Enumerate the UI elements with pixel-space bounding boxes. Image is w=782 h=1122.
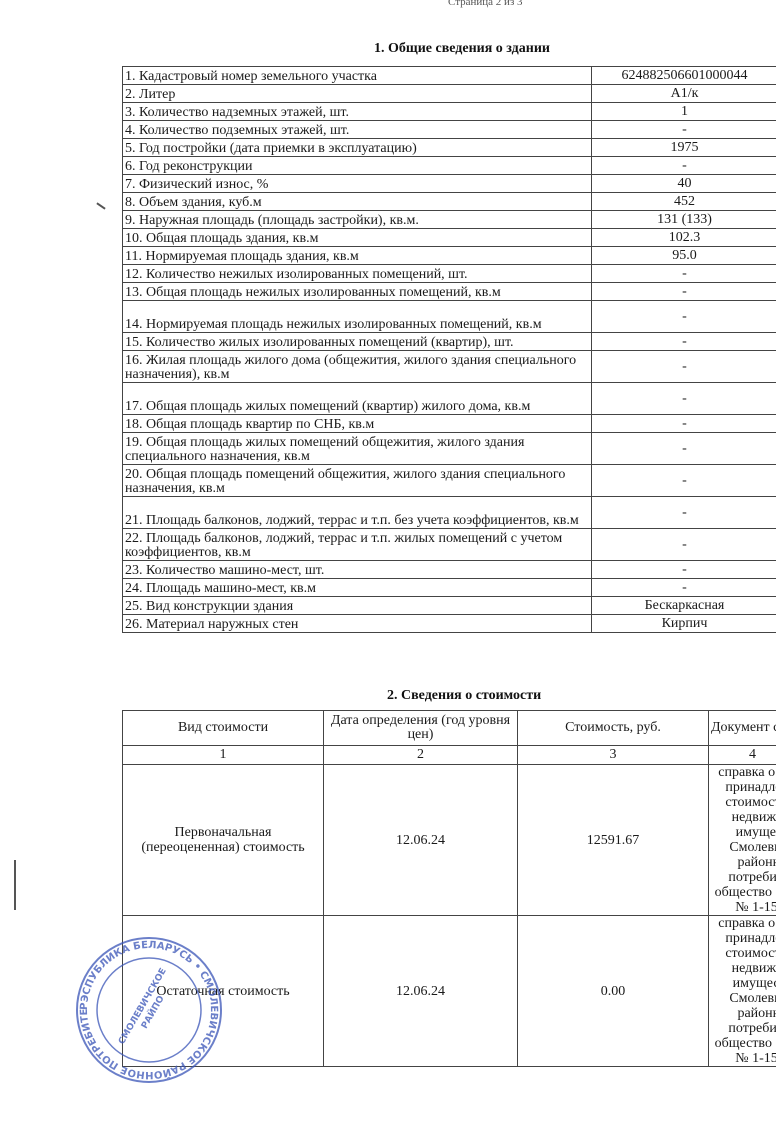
- row-label: 2. Литер: [123, 85, 592, 103]
- document-line: имуществ: [711, 825, 782, 840]
- table-row: 12. Количество нежилых изолированных пом…: [123, 265, 778, 283]
- cost-date: 12.06.24: [324, 916, 518, 1067]
- row-label: 13. Общая площадь нежилых изолированных …: [123, 283, 592, 301]
- cost-row: Первоначальная (переоцененная) стоимость…: [123, 765, 782, 916]
- table-row: 4. Количество подземных этажей, шт.-: [123, 121, 778, 139]
- header-cost: Стоимость, руб.: [518, 711, 709, 746]
- document-line: районное: [711, 855, 782, 870]
- document-line: стоимости об: [711, 795, 782, 810]
- row-value: -: [592, 301, 778, 333]
- row-value: 1975: [592, 139, 778, 157]
- row-value: 40: [592, 175, 778, 193]
- row-label: 1. Кадастровый номер земельного участка: [123, 67, 592, 85]
- column-number: 4: [709, 746, 782, 765]
- table-row: 23. Количество машино-мест, шт.-: [123, 561, 778, 579]
- table-row: 6. Год реконструкции-: [123, 157, 778, 175]
- building-info-table: 1. Кадастровый номер земельного участка6…: [122, 66, 778, 633]
- row-label: 5. Год постройки (дата приемки в эксплуа…: [123, 139, 592, 157]
- row-label: 18. Общая площадь квартир по СНБ, кв.м: [123, 415, 592, 433]
- row-value: 131 (133): [592, 211, 778, 229]
- table-row: 7. Физический износ, %40: [123, 175, 778, 193]
- row-value: -: [592, 433, 778, 465]
- document-line: № 1-15/39: [711, 900, 782, 915]
- page-edge: [776, 0, 782, 1122]
- scan-artifact: [14, 860, 16, 910]
- cost-date: 12.06.24: [324, 765, 518, 916]
- row-label: 16. Жилая площадь жилого дома (общежития…: [123, 351, 592, 383]
- row-value: -: [592, 465, 778, 497]
- row-label: 24. Площадь машино-мест, кв.м: [123, 579, 592, 597]
- row-value: -: [592, 529, 778, 561]
- document-line: потребитель: [711, 870, 782, 885]
- row-value: 452: [592, 193, 778, 211]
- table-row: 13. Общая площадь нежилых изолированных …: [123, 283, 778, 301]
- row-label: 11. Нормируемая площадь здания, кв.м: [123, 247, 592, 265]
- table-row: 19. Общая площадь жилых помещений общежи…: [123, 433, 778, 465]
- row-label: 26. Материал наружных стен: [123, 615, 592, 633]
- table-row: 20. Общая площадь помещений общежития, ж…: [123, 465, 778, 497]
- row-value: 102.3: [592, 229, 778, 247]
- document-line: справка о балан: [711, 916, 782, 931]
- row-label: 12. Количество нежилых изолированных пом…: [123, 265, 592, 283]
- cost-document: справка о баланпринадлежностоимости обне…: [709, 916, 782, 1067]
- document-line: № 1-15/39: [711, 1051, 782, 1066]
- document-line: потребитель: [711, 1021, 782, 1036]
- row-value: -: [592, 561, 778, 579]
- table-row: 1. Кадастровый номер земельного участка6…: [123, 67, 778, 85]
- header-cost-type: Вид стоимости: [123, 711, 324, 746]
- row-value: -: [592, 157, 778, 175]
- row-label: 22. Площадь балконов, лоджий, террас и т…: [123, 529, 592, 561]
- table-row: 14. Нормируемая площадь нежилых изолиров…: [123, 301, 778, 333]
- document-line: общество от 12.0: [711, 885, 782, 900]
- row-label: 17. Общая площадь жилых помещений (кварт…: [123, 383, 592, 415]
- column-number: 3: [518, 746, 709, 765]
- header-document: Документ стоимост: [709, 711, 782, 746]
- cost-info-table: Вид стоимости Дата определения (год уров…: [122, 710, 782, 1067]
- table-row: 22. Площадь балконов, лоджий, террас и т…: [123, 529, 778, 561]
- row-label: 3. Количество надземных этажей, шт.: [123, 103, 592, 121]
- section-1-title: 1. Общие сведения о здании: [374, 41, 550, 57]
- document-line: принадлежно: [711, 931, 782, 946]
- row-value: -: [592, 497, 778, 529]
- row-label: 10. Общая площадь здания, кв.м: [123, 229, 592, 247]
- document-line: принадлежно: [711, 780, 782, 795]
- cost-type: Первоначальная (переоцененная) стоимость: [123, 765, 324, 916]
- table-row: 15. Количество жилых изолированных помещ…: [123, 333, 778, 351]
- row-label: 7. Физический износ, %: [123, 175, 592, 193]
- row-label: 21. Площадь балконов, лоджий, террас и т…: [123, 497, 592, 529]
- table-row: 21. Площадь балконов, лоджий, террас и т…: [123, 497, 778, 529]
- table-row: 2. ЛитерA1/к: [123, 85, 778, 103]
- table-row: 17. Общая площадь жилых помещений (кварт…: [123, 383, 778, 415]
- cost-document: справка о баланпринадлежностоимости обне…: [709, 765, 782, 916]
- cost-value: 0.00: [518, 916, 709, 1067]
- row-value: 1: [592, 103, 778, 121]
- row-label: 4. Количество подземных этажей, шт.: [123, 121, 592, 139]
- row-label: 8. Объем здания, куб.м: [123, 193, 592, 211]
- row-value: -: [592, 333, 778, 351]
- page-number-header: Страница 2 из 3: [448, 0, 523, 8]
- column-number: 2: [324, 746, 518, 765]
- document-line: недвижимо: [711, 810, 782, 825]
- row-value: A1/к: [592, 85, 778, 103]
- scan-artifact: [96, 202, 105, 209]
- row-label: 25. Вид конструкции здания: [123, 597, 592, 615]
- table-row: 26. Материал наружных стенКирпич: [123, 615, 778, 633]
- row-value: Бескаркасная: [592, 597, 778, 615]
- table-row: 3. Количество надземных этажей, шт.1: [123, 103, 778, 121]
- row-label: 6. Год реконструкции: [123, 157, 592, 175]
- table-row: 16. Жилая площадь жилого дома (общежития…: [123, 351, 778, 383]
- document-line: Смолевичск: [711, 991, 782, 1006]
- table-row: 25. Вид конструкции зданияБескаркасная: [123, 597, 778, 615]
- row-value: Кирпич: [592, 615, 778, 633]
- row-label: 23. Количество машино-мест, шт.: [123, 561, 592, 579]
- document-line: районное: [711, 1006, 782, 1021]
- table-row: 18. Общая площадь квартир по СНБ, кв.м-: [123, 415, 778, 433]
- table-row: 10. Общая площадь здания, кв.м102.3: [123, 229, 778, 247]
- table-row: 11. Нормируемая площадь здания, кв.м95.0: [123, 247, 778, 265]
- document-line: стоимости об: [711, 946, 782, 961]
- table-row: 9. Наружная площадь (площадь застройки),…: [123, 211, 778, 229]
- document-line: имущества: [711, 976, 782, 991]
- cost-table-header-row: Вид стоимости Дата определения (год уров…: [123, 711, 782, 746]
- row-label: 20. Общая площадь помещений общежития, ж…: [123, 465, 592, 497]
- cost-value: 12591.67: [518, 765, 709, 916]
- row-value: -: [592, 283, 778, 301]
- row-label: 9. Наружная площадь (площадь застройки),…: [123, 211, 592, 229]
- row-value: -: [592, 415, 778, 433]
- row-value: -: [592, 121, 778, 139]
- row-value: 624882506601000044: [592, 67, 778, 85]
- row-label: 19. Общая площадь жилых помещений общежи…: [123, 433, 592, 465]
- row-value: -: [592, 383, 778, 415]
- row-label: 14. Нормируемая площадь нежилых изолиров…: [123, 301, 592, 333]
- table-row: 8. Объем здания, куб.м452: [123, 193, 778, 211]
- table-row: 24. Площадь машино-мест, кв.м-: [123, 579, 778, 597]
- row-value: 95.0: [592, 247, 778, 265]
- column-number: 1: [123, 746, 324, 765]
- row-value: -: [592, 265, 778, 283]
- cost-row: Остаточная стоимость12.06.240.00справка …: [123, 916, 782, 1067]
- header-date: Дата определения (год уровня цен): [324, 711, 518, 746]
- row-label: 15. Количество жилых изолированных помещ…: [123, 333, 592, 351]
- table-row: 5. Год постройки (дата приемки в эксплуа…: [123, 139, 778, 157]
- cost-type: Остаточная стоимость: [123, 916, 324, 1067]
- row-value: -: [592, 351, 778, 383]
- document-line: общество от 12.0: [711, 1036, 782, 1051]
- document-line: Смолевичск: [711, 840, 782, 855]
- row-value: -: [592, 579, 778, 597]
- column-numbers-row: 1 2 3 4: [123, 746, 782, 765]
- document-line: недвижимо: [711, 961, 782, 976]
- document-line: справка о балан: [711, 765, 782, 780]
- section-2-title: 2. Сведения о стоимости: [387, 688, 541, 704]
